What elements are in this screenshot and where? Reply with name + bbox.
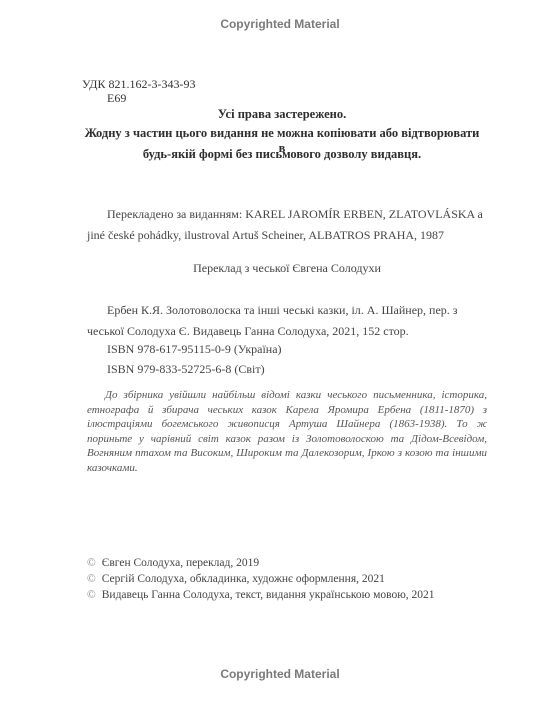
- isbn-world: ISBN 979-833-52725-6-8 (Світ): [107, 362, 265, 377]
- translator-credit: Переклад з чеської Євгена Солодухи: [87, 261, 487, 276]
- bibliographic-description: Ербен К.Я. Золотоволоска та інші чеські …: [87, 300, 487, 342]
- copyright-icon: ©: [87, 573, 96, 585]
- rights-reserved: Усі права застережено.: [82, 107, 482, 122]
- copyright-item: ©Євген Солодуха, переклад, 2019: [87, 555, 435, 571]
- copyright-icon: ©: [87, 557, 96, 569]
- copyright-text: Євген Солодуха, переклад, 2019: [102, 557, 259, 569]
- copyright-text: Сергій Солодуха, обкладинка, художнє офо…: [102, 573, 385, 585]
- classification-codes: УДК 821.162-3-343-93 Е69: [82, 77, 195, 105]
- rights-notice-line2: будь-якій формі без письмового дозволу в…: [82, 147, 482, 162]
- watermark-top: Copyrighted Material: [0, 17, 560, 31]
- copyright-item: ©Видавець Ганна Солодуха, текст, видання…: [87, 587, 435, 603]
- watermark-bottom: Copyrighted Material: [0, 667, 560, 681]
- isbn-ukraine: ISBN 978-617-95115-0-9 (Україна): [107, 342, 282, 357]
- annotation: До збірника увійшли найбільш відомі казк…: [87, 388, 487, 475]
- translated-from-text: Перекладено за виданням: KAREL JAROMÍR E…: [87, 204, 487, 246]
- copyright-item: ©Сергій Солодуха, обкладинка, художнє оф…: [87, 571, 435, 587]
- udk-code: УДК 821.162-3-343-93: [82, 77, 195, 91]
- copyright-text: Видавець Ганна Солодуха, текст, видання …: [102, 589, 435, 601]
- translated-from: Перекладено за виданням: KAREL JAROMÍR E…: [87, 204, 487, 246]
- annotation-text: До збірника увійшли найбільш відомі казк…: [87, 388, 487, 475]
- copyright-list: ©Євген Солодуха, переклад, 2019 ©Сергій …: [87, 555, 435, 603]
- copyright-icon: ©: [87, 589, 96, 601]
- bibliographic-text: Ербен К.Я. Золотоволоска та інші чеські …: [87, 300, 487, 342]
- bbk-code: Е69: [82, 91, 195, 105]
